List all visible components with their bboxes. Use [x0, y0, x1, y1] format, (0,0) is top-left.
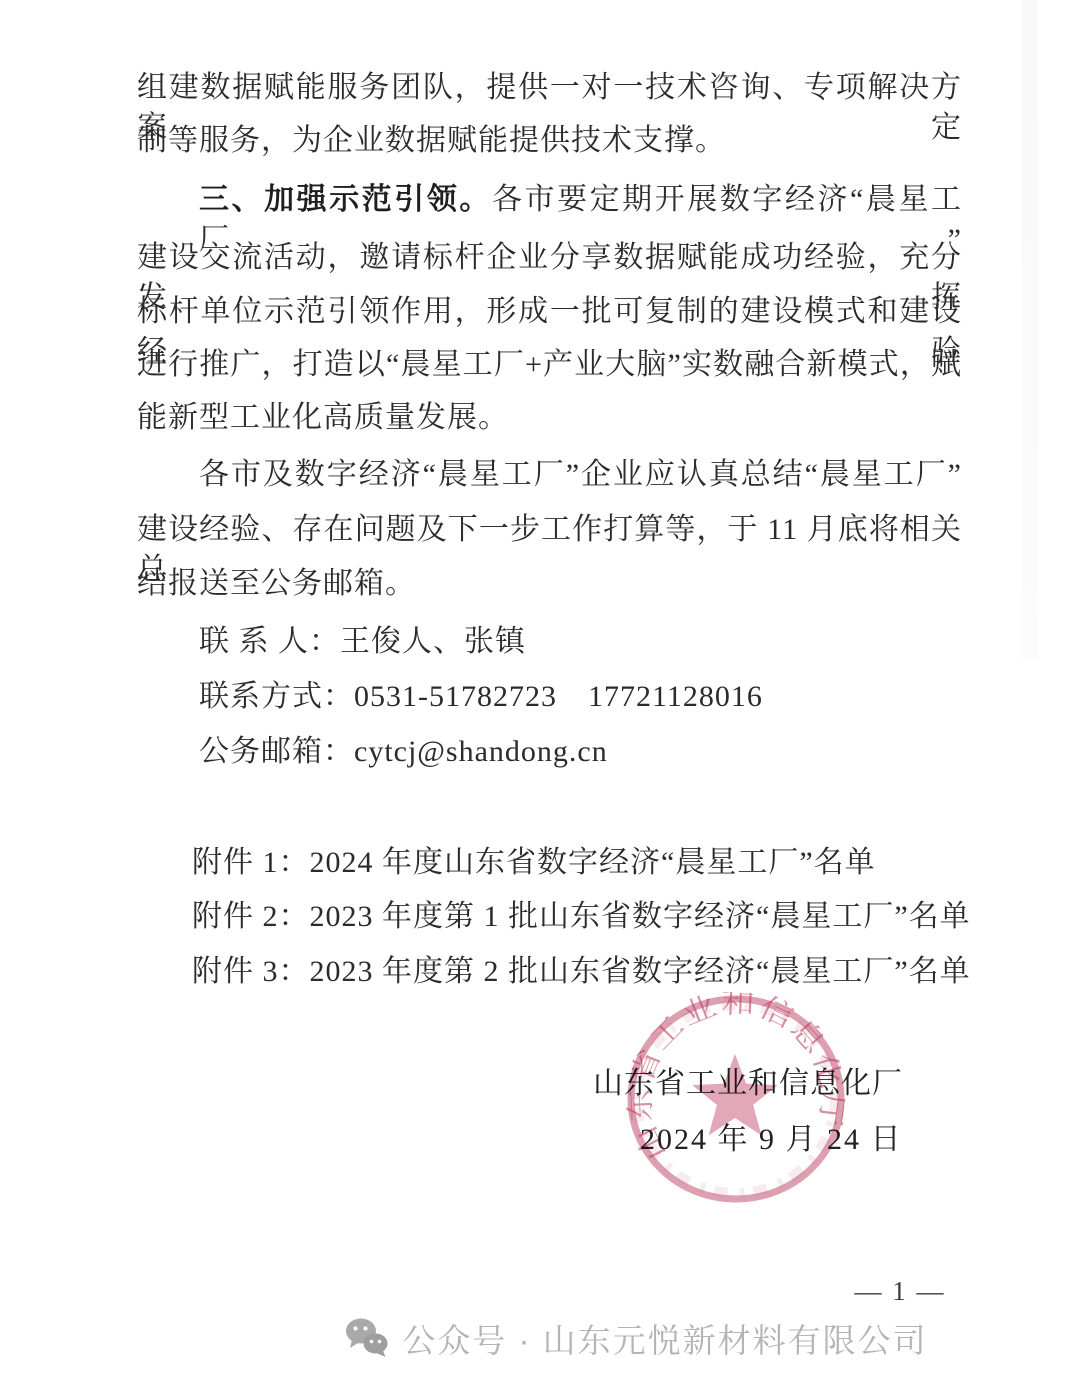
body-line-text: 能新型工业化高质量发展。 — [137, 401, 509, 434]
body-line: 能新型工业化高质量发展。 — [137, 398, 962, 438]
body-line-text: 结报送至公务邮箱。 — [137, 567, 416, 600]
contact-line: 联系方式：0531-51782723 17721128016 — [199, 677, 1024, 717]
contact-line: 公务邮箱：cytcj@shandong.cn — [199, 732, 1024, 772]
page-number: — 1 — — [840, 1276, 960, 1307]
scan-artifact-streak — [1022, 0, 1038, 660]
body-line: 标杆单位示范引领作用，形成一批可复制的建设模式和建设经验 — [137, 292, 962, 336]
signature-date: 2024 年 9 月 24 日 — [640, 1114, 872, 1158]
body-line: 组建数据赋能服务团队，提供一对一技术咨询、专项解决方案定 — [137, 68, 962, 112]
body-line: 结报送至公务邮箱。 — [137, 564, 962, 604]
body-line-text: 各市及数字经济“晨星工厂”企业应认真总结“晨星工厂” — [199, 458, 962, 491]
body-line: 建设经验、存在问题及下一步工作打算等，于 11 月底将相关总 — [137, 510, 962, 554]
body-line: 各市及数字经济“晨星工厂”企业应认真总结“晨星工厂” — [199, 455, 962, 499]
section-heading: 三、加强示范引领。 — [199, 183, 492, 216]
wechat-icon — [344, 1317, 390, 1359]
attachment-line: 附件 2：2023 年度第 1 批山东省数字经济“晨星工厂”名单 — [192, 897, 1017, 937]
body-line: 进行推广，打造以“晨星工厂+产业大脑”实数融合新模式，赋 — [137, 345, 962, 389]
footer-watermark: 公众号 · 山东元悦新材料有限公司 — [0, 1308, 1067, 1368]
body-line: 三、加强示范引领。各市要定期开展数字经济“晨星工厂” — [199, 180, 962, 224]
body-line-text: 制等服务，为企业数据赋能提供技术支撑。 — [137, 124, 726, 157]
contact-line: 联 系 人：王俊人、张镇 — [199, 622, 1024, 662]
official-seal: 山东省工业和信息化厅 — [620, 992, 854, 1212]
body-line-text: 进行推广，打造以“晨星工厂+产业大脑”实数融合新模式，赋 — [137, 348, 962, 381]
body-line: 制等服务，为企业数据赋能提供技术支撑。 — [137, 121, 962, 161]
footer-watermark-label: 公众号 · 山东元悦新材料有限公司 — [402, 1315, 927, 1362]
body-line: 建设交流活动，邀请标杆企业分享数据赋能成功经验，充分发挥 — [137, 238, 962, 282]
attachment-line: 附件 1：2024 年度山东省数字经济“晨星工厂”名单 — [192, 843, 1017, 883]
document-page: 组建数据赋能服务团队，提供一对一技术咨询、专项解决方案定制等服务，为企业数据赋能… — [0, 0, 1067, 1386]
attachment-line: 附件 3：2023 年度第 2 批山东省数字经济“晨星工厂”名单 — [192, 952, 1017, 992]
issuer-signature: 山东省工业和信息化厂 — [593, 1058, 889, 1102]
